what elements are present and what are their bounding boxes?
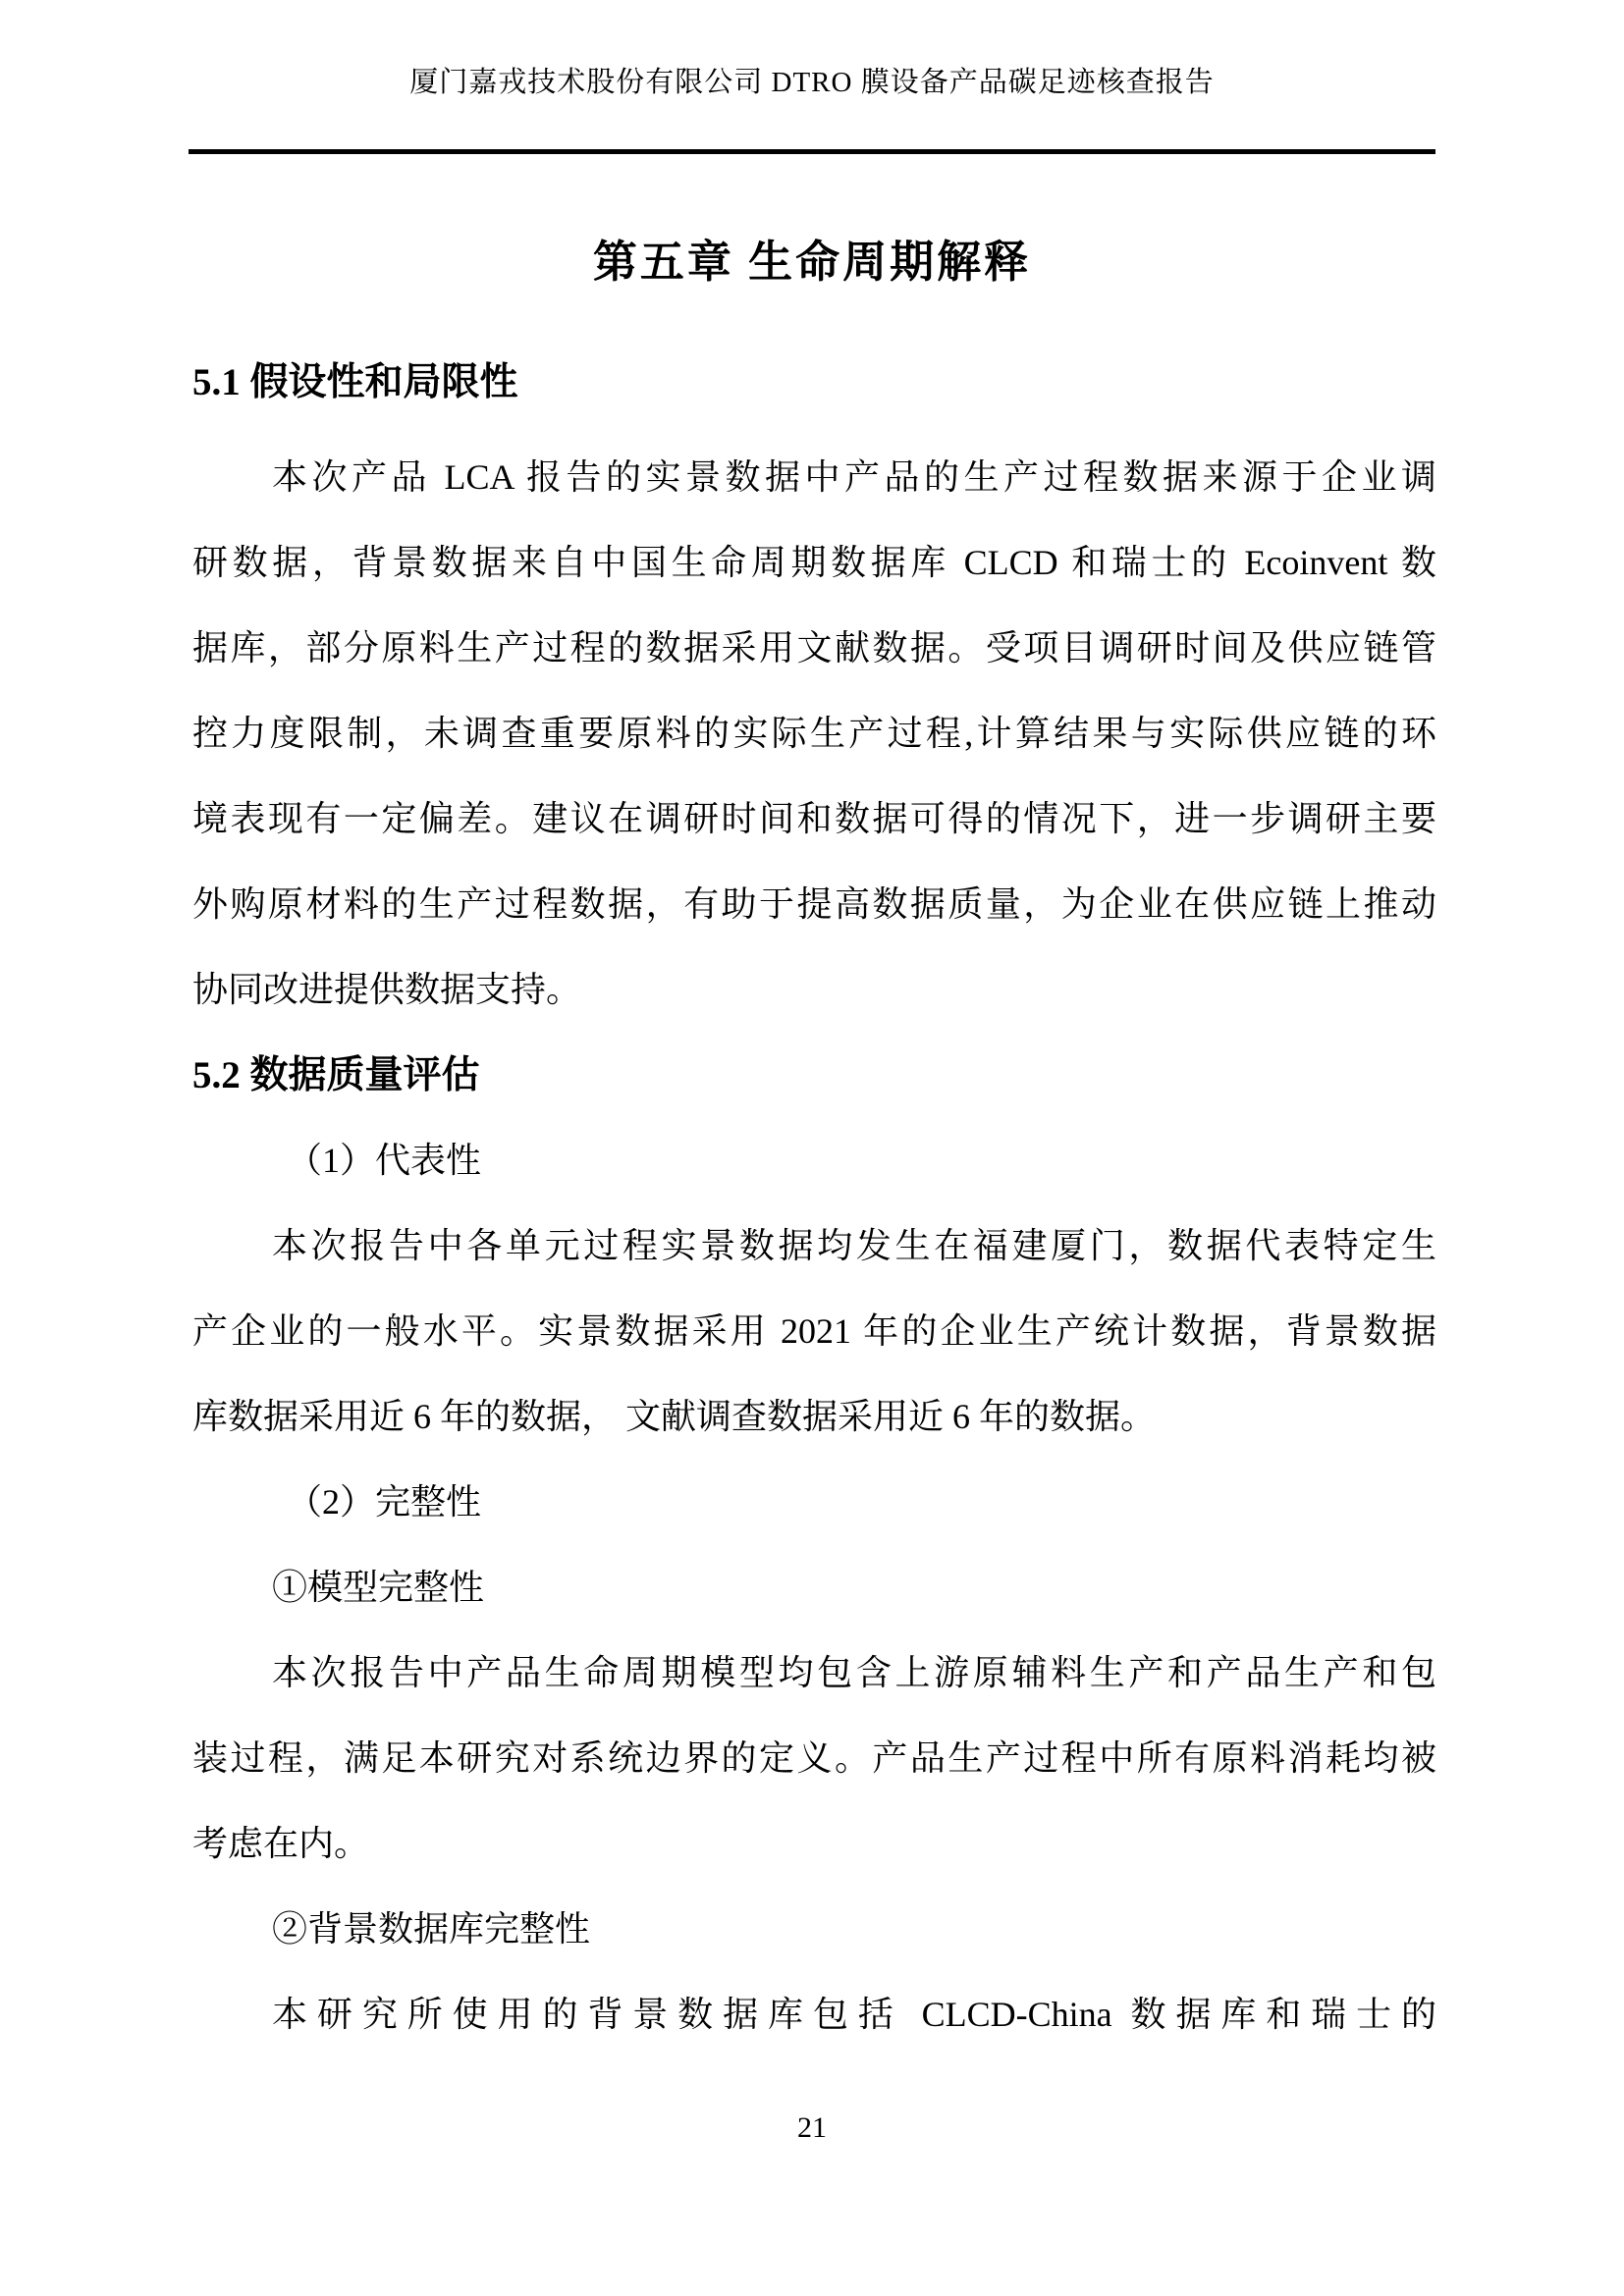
paragraph-line: 本研究所使用的背景数据库包括 CLCD-China 数据库和瑞士的 [192, 1972, 1436, 2057]
paragraph-line: 装过程，满足本研究对系统边界的定义。产品生产过程中所有原料消耗均被 [192, 1716, 1436, 1801]
sub-item-1-label: ①模型完整性 [192, 1545, 1436, 1630]
list-item-2-label: （2）完整性 [192, 1460, 1436, 1545]
paragraph-line: 外购原材料的生产过程数据，有助于提高数据质量，为企业在供应链上推动 [192, 862, 1436, 947]
chapter-title: 第五章 生命周期解释 [0, 237, 1624, 288]
paragraph-line: 本次产品 LCA 报告的实景数据中产品的生产过程数据来源于企业调 [192, 435, 1436, 520]
page-header-title: 厦门嘉戎技术股份有限公司 DTRO 膜设备产品碳足迹核查报告 [189, 63, 1435, 102]
section-heading-5-2: 5.2 数据质量评估 [192, 1033, 1436, 1118]
paragraph-line: 本次报告中各单元过程实景数据均发生在福建厦门，数据代表特定生 [192, 1203, 1436, 1289]
sub-item-2-label: ②背景数据库完整性 [192, 1887, 1436, 1972]
document-page: 厦门嘉戎技术股份有限公司 DTRO 膜设备产品碳足迹核查报告 第五章 生命周期解… [0, 0, 1624, 2296]
document-body: 本次产品 LCA 报告的实景数据中产品的生产过程数据来源于企业调 研数据，背景数… [192, 435, 1436, 2057]
paragraph-line: 本次报告中产品生命周期模型均包含上游原辅料生产和产品生产和包 [192, 1630, 1436, 1716]
header-divider-rule [189, 149, 1435, 154]
paragraph-line: 考虑在内。 [192, 1801, 1436, 1887]
paragraph-line: 据库，部分原料生产过程的数据采用文献数据。受项目调研时间及供应链管 [192, 606, 1436, 691]
paragraph-line: 控力度限制，未调查重要原料的实际生产过程,计算结果与实际供应链的环 [192, 691, 1436, 776]
section-heading-5-1: 5.1 假设性和局限性 [192, 361, 518, 404]
list-item-1-label: （1）代表性 [192, 1118, 1436, 1203]
paragraph-line: 境表现有一定偏差。建议在调研时间和数据可得的情况下，进一步调研主要 [192, 776, 1436, 862]
paragraph-line: 协同改进提供数据支持。 [192, 947, 1436, 1033]
paragraph-line: 库数据采用近 6 年的数据， 文献调查数据采用近 6 年的数据。 [192, 1374, 1436, 1460]
page-number: 21 [0, 2109, 1624, 2148]
paragraph-line: 研数据，背景数据来自中国生命周期数据库 CLCD 和瑞士的 Ecoinvent … [192, 520, 1436, 606]
paragraph-line: 产企业的一般水平。实景数据采用 2021 年的企业生产统计数据，背景数据 [192, 1289, 1436, 1374]
